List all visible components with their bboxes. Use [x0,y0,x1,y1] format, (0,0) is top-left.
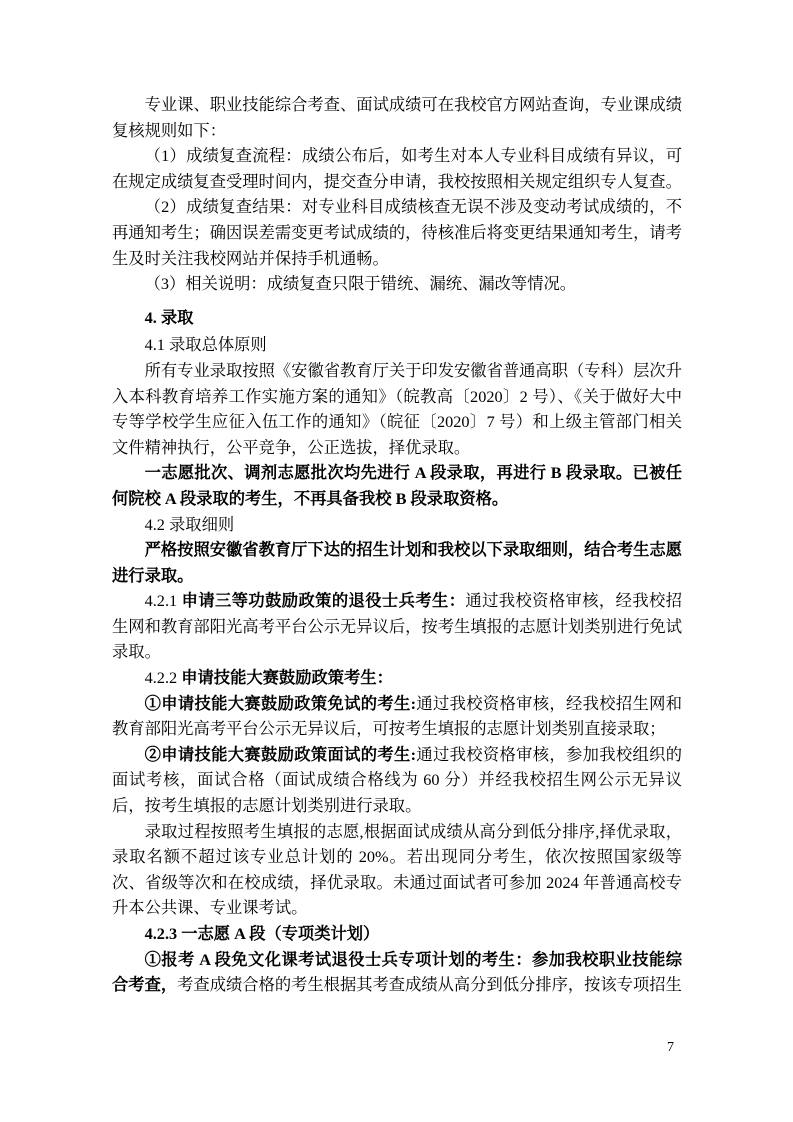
para-skill-exempt: ①申请技能大赛鼓励政策免试的考生:通过我校资格审核，经我校招生网和教育部阳光高考… [112,691,682,742]
text-run: （2）成绩复查结果：对专业科目成绩核查无误不涉及变动考试成绩的，不再通知考生；确… [112,197,682,267]
heading-4-admission: 4. 录取 [112,305,682,331]
text-run: 所有专业录取按照《安徽省教育厅关于印发安徽省普通高职（专科）层次升入本科教育培养… [112,361,682,457]
bold-text-run: 一志愿批次、调剂志愿批次均先进行 A 段录取，再进行 B 段录取。已被任何院校 … [112,463,682,508]
text-run: 4.2.1 [145,591,182,610]
page-footer: 7 [112,1038,682,1056]
text-run: 专业课、职业技能综合考查、面试成绩可在我校官方网站查询，专业课成绩复核规则如下： [112,95,682,140]
bold-text-run: 4. 录取 [145,308,194,327]
document-page: 专业课、职业技能综合考查、面试成绩可在我校官方网站查询，专业课成绩复核规则如下：… [0,0,793,1122]
para-4-2-2-skill-competition: 4.2.2 申请技能大赛鼓励政策考生： [112,665,682,691]
heading-4-1-general-principles: 4.1 录取总体原则 [112,332,682,358]
para-review-process: （1）成绩复查流程：成绩公布后，如考生对本人专业科目成绩有异议，可在规定成绩复查… [112,143,682,194]
text-run: 考查成绩合格的考生根据其考查成绩从高分到低分排序，按该专项招生 [177,975,682,994]
para-review-result: （2）成绩复查结果：对专业科目成绩核查无误不涉及变动考试成绩的，不再通知考生；确… [112,194,682,271]
document-content: 专业课、职业技能综合考查、面试成绩可在我校官方网站查询，专业课成绩复核规则如下：… [112,92,682,998]
bold-text-run: 4.2.3 一志愿 A 段（专项类计划） [145,924,380,943]
para-a-section-veterans-special: ①报考 A 段免文化课考试退役士兵专项计划的考生：参加我校职业技能综合考查，考查… [112,947,682,998]
text-run: 4.2 录取细则 [145,515,235,534]
para-strict-plan: 严格按照安徽省教育厅下达的招生计划和我校以下录取细则，结合考生志愿进行录取。 [112,537,682,588]
bold-text-run: 申请技能大赛鼓励政策考生： [181,668,393,687]
heading-4-2-3-first-choice-a: 4.2.3 一志愿 A 段（专项类计划） [112,921,682,947]
text-run: （3）相关说明：成绩复查只限于错统、漏统、漏改等情况。 [145,274,576,293]
bold-text-run: 申请三等功鼓励政策的退役士兵考生： [182,591,466,610]
heading-4-2-detailed-rules: 4.2 录取细则 [112,512,682,538]
text-run: 录取过程按照考生填报的志愿,根据面试成绩从高分到低分排序,择优录取，录取名额不超… [112,822,682,918]
para-4-2-1-veterans-merit: 4.2.1 申请三等功鼓励政策的退役士兵考生：通过我校资格审核，经我校招生网和教… [112,588,682,665]
bold-text-run: ②申请技能大赛鼓励政策面试的考生: [145,745,416,764]
para-general-principles: 所有专业录取按照《安徽省教育厅关于印发安徽省普通高职（专科）层次升入本科教育培养… [112,358,682,460]
text-run: 4.2.2 [145,668,182,687]
para-score-inquiry: 专业课、职业技能综合考查、面试成绩可在我校官方网站查询，专业课成绩复核规则如下： [112,92,682,143]
para-review-note: （3）相关说明：成绩复查只限于错统、漏统、漏改等情况。 [112,271,682,297]
bold-text-run: ①申请技能大赛鼓励政策免试的考生: [145,694,416,713]
para-interview-ranking: 录取过程按照考生填报的志愿,根据面试成绩从高分到低分排序,择优录取，录取名额不超… [112,819,682,921]
text-run: （1）成绩复查流程：成绩公布后，如考生对本人专业科目成绩有异议，可在规定成绩复查… [112,146,682,191]
para-skill-interview: ②申请技能大赛鼓励政策面试的考生:通过我校资格审核，参加我校组织的面试考核，面试… [112,742,682,819]
text-run: 4.1 录取总体原则 [145,335,267,354]
bold-text-run: 严格按照安徽省教育厅下达的招生计划和我校以下录取细则，结合考生志愿进行录取。 [112,540,682,585]
page-number: 7 [667,1040,674,1055]
para-batch-order: 一志愿批次、调剂志愿批次均先进行 A 段录取，再进行 B 段录取。已被任何院校 … [112,460,682,511]
